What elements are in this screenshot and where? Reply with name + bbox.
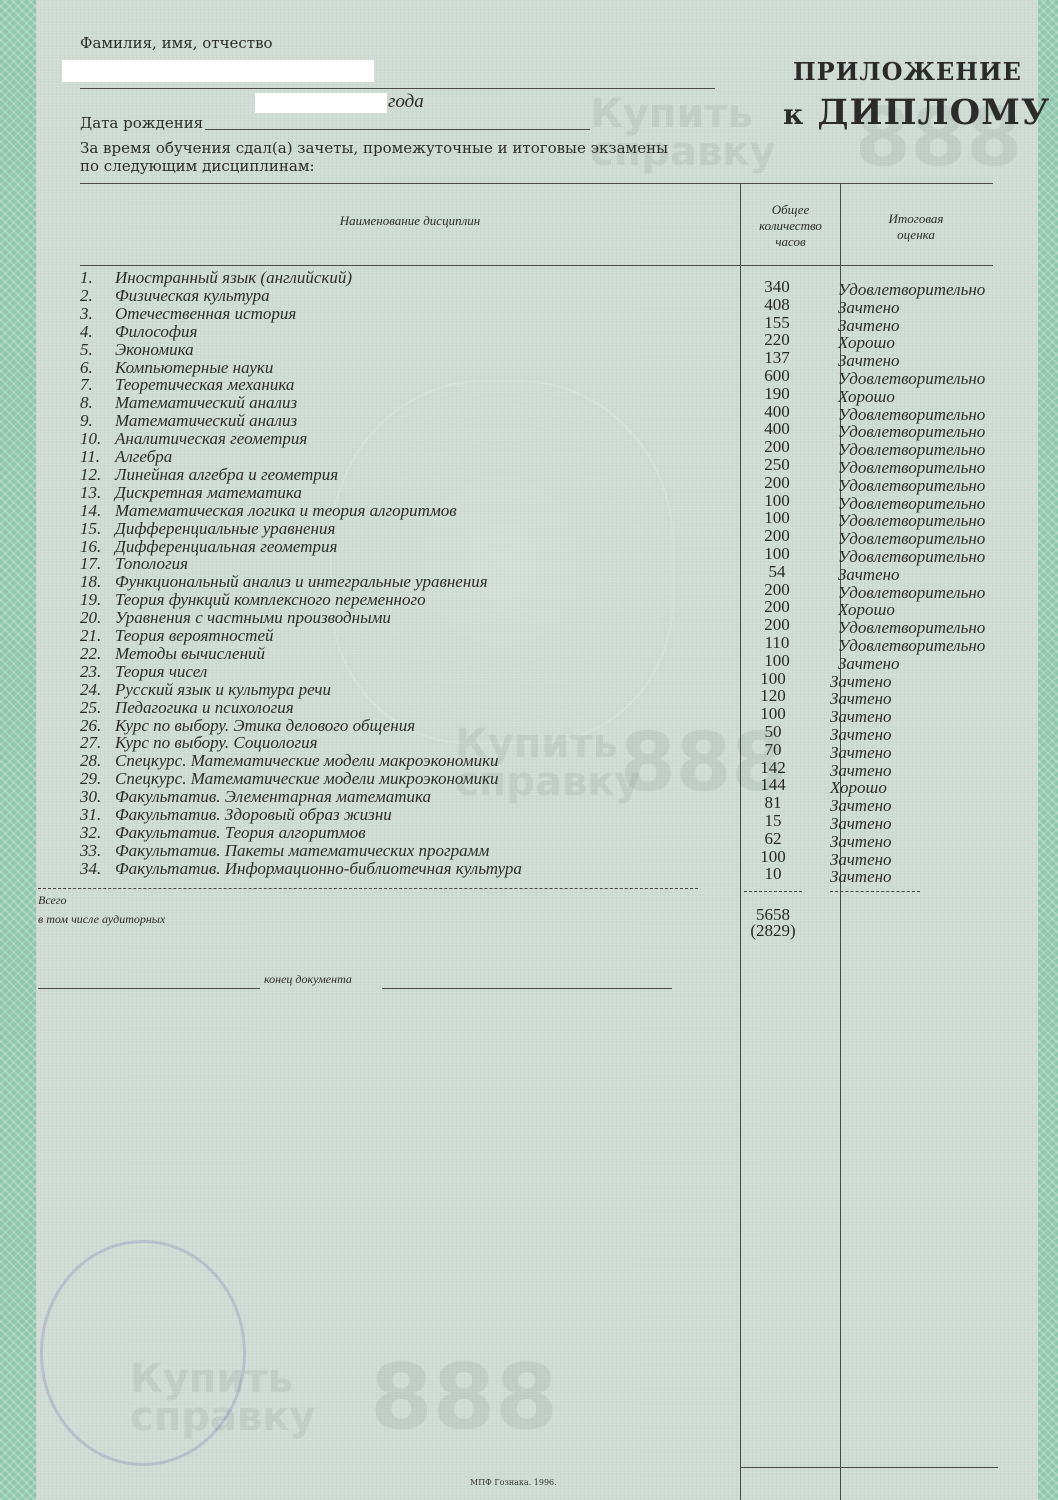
- birth-date-label: Дата рождения: [80, 114, 203, 132]
- intro-text-line1: За время обучения сдал(а) зачеты, промеж…: [80, 139, 668, 157]
- watermark-text-top: Купить справку: [590, 95, 776, 171]
- header-final-grade: Итоговая оценка: [841, 211, 991, 243]
- full-name-label: Фамилия, имя, отчество: [80, 34, 273, 52]
- discipline-name: Факультатив. Информационно-библиотечная …: [115, 859, 522, 879]
- coat-of-arms-watermark: [330, 380, 674, 744]
- left-security-border: [0, 0, 36, 1500]
- header-discipline: Наименование дисциплин: [80, 213, 740, 229]
- official-seal-stamp: [40, 1240, 246, 1466]
- end-line-right: [382, 988, 672, 989]
- end-line-left: [38, 988, 260, 989]
- birth-date-suffix: года: [388, 91, 424, 113]
- intro-text-line2: по следующим дисциплинам:: [80, 157, 315, 175]
- title-supplement: ПРИЛОЖЕНИЕ: [793, 57, 1022, 86]
- table-bottom-border: [740, 1467, 998, 1468]
- table-header-bottom-border: [80, 265, 993, 266]
- hours-totals-separator: [744, 891, 802, 892]
- table-top-border: [80, 183, 993, 184]
- grade-totals-separator: [830, 891, 920, 892]
- full-name-underline: [80, 88, 715, 89]
- birth-date-underline: [205, 129, 590, 130]
- total-label: Всего: [38, 893, 67, 908]
- printer-mark: МПФ Гознака. 1996.: [470, 1478, 557, 1487]
- title-to-diploma: к ДИПЛОМУ: [783, 92, 1050, 133]
- birth-date-redacted: [255, 93, 387, 113]
- right-security-border: [1038, 0, 1058, 1500]
- classroom-hours-label: в том числе аудиторных: [38, 912, 165, 927]
- header-total-hours: Общее количество часов: [741, 202, 840, 250]
- grade-value: Зачтено: [830, 867, 892, 887]
- diploma-supplement-page: Купить справку 888 Купить справку 888 Ку…: [0, 0, 1058, 1500]
- totals-separator: [38, 888, 698, 889]
- row-number: 34.: [80, 859, 114, 879]
- watermark-number-bottom: 888: [370, 1355, 558, 1441]
- end-of-document-label: конец документа: [264, 972, 352, 987]
- hours-value: 10: [733, 864, 813, 884]
- full-name-redacted: [62, 60, 374, 82]
- classroom-hours-value: (2829): [733, 921, 813, 941]
